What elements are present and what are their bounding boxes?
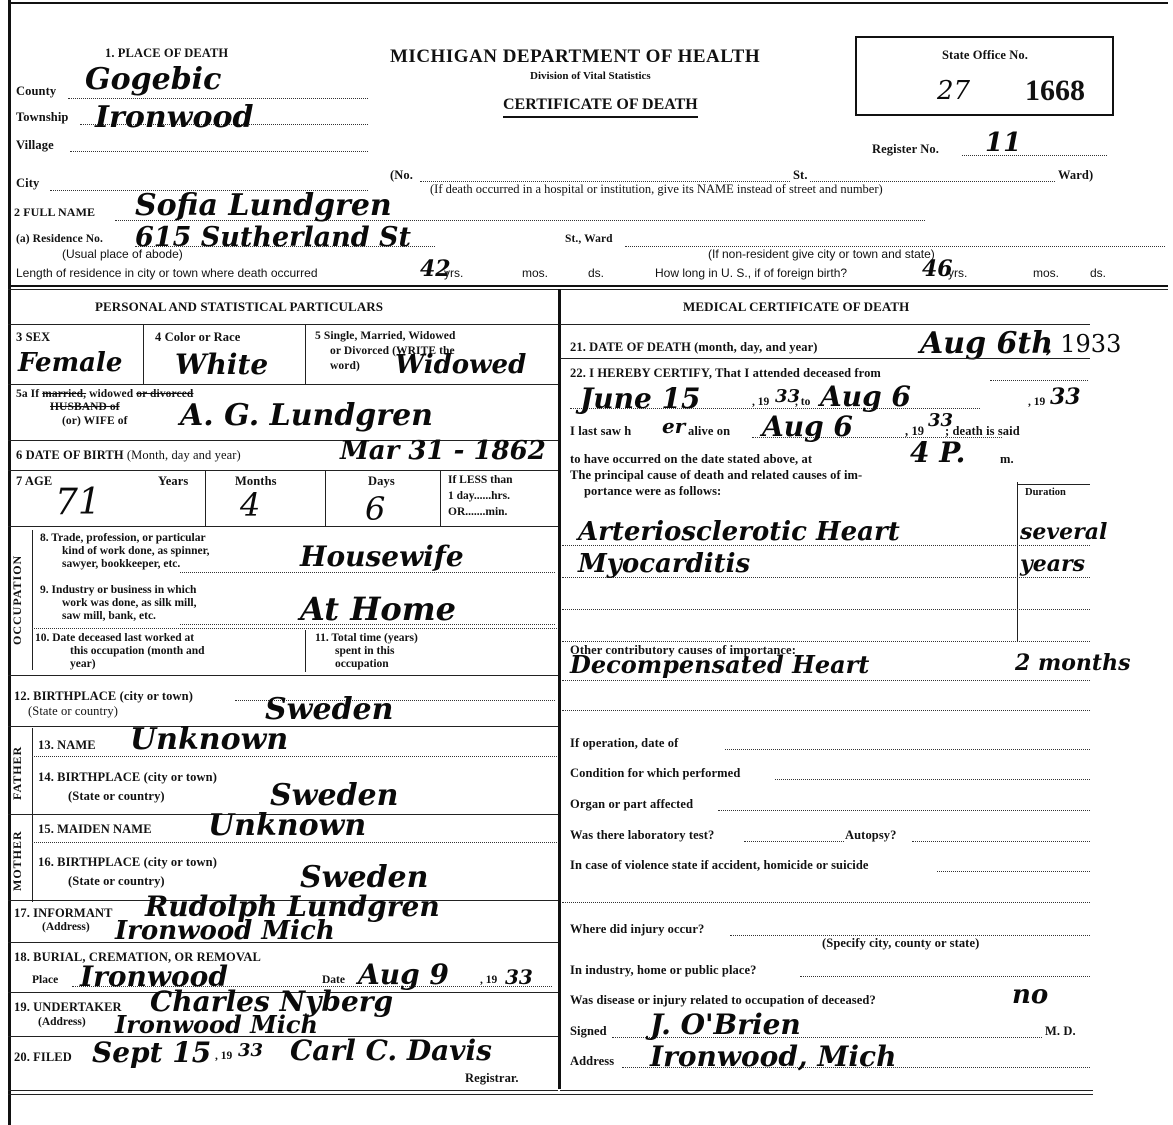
- filed-label: 20. FILED: [14, 1050, 72, 1065]
- village-label: Village: [16, 138, 54, 153]
- last-worked-label: 10. Date deceased last worked at: [35, 632, 194, 644]
- place-of-death-heading: 1. PLACE OF DEATH: [105, 46, 228, 61]
- last-saw-pronoun: er: [662, 414, 685, 438]
- cause-duration: years: [1020, 551, 1085, 577]
- undertaker-address: Ironwood Mich: [115, 1010, 318, 1039]
- age-days-value: 6: [365, 490, 385, 528]
- undertaker-label: 19. UNDERTAKER: [14, 1000, 122, 1015]
- signed-label: Signed: [570, 1024, 607, 1039]
- total-time-label: 11. Total time (years): [315, 632, 418, 644]
- state-office-label: State Office No.: [942, 48, 1028, 63]
- violence-label: In case of violence state if accident, h…: [570, 858, 869, 873]
- father-birthplace-label: 14. BIRTHPLACE (city or town): [38, 770, 217, 785]
- township-label: Township: [16, 110, 68, 125]
- informant-label: 17. INFORMANT: [14, 906, 113, 921]
- hospital-note: (If death occurred in a hospital or inst…: [430, 182, 883, 197]
- top-border: [8, 2, 1168, 4]
- mother-side-label: MOTHER: [10, 822, 25, 900]
- date-of-death-value: Aug 6th: [920, 326, 1053, 361]
- occupation-related-value: no: [1012, 980, 1048, 1010]
- industry-value: At Home: [300, 590, 456, 628]
- cause-intro: The principal cause of death and related…: [570, 468, 862, 483]
- division-title: Division of Vital Statistics: [530, 70, 651, 82]
- residence-label: (a) Residence No.: [16, 233, 103, 245]
- certify-label: 22. I HEREBY CERTIFY, That I attended de…: [570, 366, 881, 381]
- father-name-label: 13. NAME: [38, 738, 96, 753]
- occupation-related-label: Was disease or injury related to occupat…: [570, 993, 876, 1008]
- race-value: White: [175, 348, 268, 381]
- dob-value: Mar 31 - 1862: [340, 436, 546, 466]
- county-value: Gogebic: [85, 62, 221, 97]
- contributory-duration: 2 months: [1015, 650, 1130, 676]
- mother-birthplace-label: 16. BIRTHPLACE (city or town): [38, 855, 217, 870]
- cause-of-death: Arteriosclerotic Heart: [578, 517, 900, 547]
- age-label: 7 AGE: [16, 474, 52, 489]
- city-label: City: [16, 176, 39, 191]
- registrar-signature: Carl C. Davis: [290, 1034, 492, 1067]
- marital-value: Widowed: [395, 350, 526, 380]
- time-of-death-value: 4 P.: [910, 436, 965, 469]
- spouse-value: A. G. Lundgren: [180, 398, 433, 433]
- register-value: 11: [985, 128, 1021, 158]
- sex-label: 3 SEX: [16, 330, 50, 345]
- nonresident-note: (If non-resident give city or town and s…: [708, 247, 935, 261]
- medical-heading: MEDICAL CERTIFICATE OF DEATH: [683, 299, 909, 315]
- mother-name-label: 15. MAIDEN NAME: [38, 822, 152, 837]
- organ-label: Organ or part affected: [570, 797, 693, 812]
- us-residence-label: How long in U. S., if of foreign birth?: [655, 266, 847, 280]
- injury-location-label: Where did injury occur?: [570, 922, 704, 937]
- dob-label: 6 DATE OF BIRTH (Month, day and year): [16, 448, 241, 463]
- cause-of-death: Myocarditis: [578, 549, 750, 579]
- full-name-label: 2 FULL NAME: [14, 205, 95, 220]
- date-of-death-year: , 1933: [1045, 330, 1121, 358]
- condition-label: Condition for which performed: [570, 766, 740, 781]
- age-months-value: 4: [240, 486, 260, 524]
- street-label: St.: [793, 168, 808, 183]
- marital-label: 5 Single, Married, Widowed: [315, 330, 456, 342]
- street-number-label: (No.: [390, 168, 413, 183]
- date-of-death-label: 21. DATE OF DEATH (month, day, and year): [570, 340, 818, 355]
- father-side-label: FATHER: [10, 735, 25, 810]
- attended-from-value: June 15: [580, 382, 701, 415]
- personal-heading: PERSONAL AND STATISTICAL PARTICULARS: [95, 299, 383, 315]
- physician-address-value: Ironwood, Mich: [650, 1040, 896, 1073]
- length-residence-label: Length of residence in city or town wher…: [16, 266, 318, 280]
- state-office-box: State Office No. 27 1668: [855, 36, 1114, 116]
- full-name-value: Sofia Lundgren: [135, 188, 392, 223]
- trade-value: Housewife: [300, 540, 464, 573]
- registrar-label: Registrar.: [465, 1071, 519, 1086]
- state-office-prefix: 27: [937, 76, 970, 106]
- burial-year-value: 33: [505, 965, 533, 989]
- ward-label: Ward): [1058, 168, 1093, 183]
- register-label: Register No.: [872, 142, 939, 157]
- state-office-number: 1668: [1025, 74, 1085, 108]
- spouse-label: 5a If married, widowed or divorced: [16, 388, 193, 400]
- duration-label: Duration: [1025, 487, 1066, 498]
- operation-label: If operation, date of: [570, 736, 678, 751]
- occupation-side-label: OCCUPATION: [10, 540, 25, 660]
- father-name-value: Unknown: [130, 722, 288, 757]
- county-label: County: [16, 84, 56, 99]
- race-label: 4 Color or Race: [155, 330, 240, 345]
- filed-year-value: 33: [238, 1040, 263, 1061]
- sex-value: Female: [18, 348, 122, 378]
- filed-date-value: Sept 15: [92, 1036, 211, 1069]
- document-title: MICHIGAN DEPARTMENT OF HEALTH: [390, 46, 760, 68]
- lab-test-label: Was there laboratory test?: [570, 828, 714, 843]
- trade-label: 8. Trade, profession, or particular: [40, 532, 206, 544]
- autopsy-label: Autopsy?: [845, 828, 897, 843]
- industry-label: 9. Industry or business in which: [40, 584, 196, 596]
- section-divider: [8, 285, 1168, 287]
- township-value: Ironwood: [95, 100, 253, 135]
- contributory-value: Decompensated Heart: [570, 650, 869, 679]
- abode-note: (Usual place of abode): [62, 247, 183, 261]
- attended-to-value: Aug 6: [820, 380, 911, 413]
- mother-name-value: Unknown: [208, 808, 366, 843]
- age-years-value: 71: [55, 482, 101, 523]
- physician-signature: J. O'Brien: [650, 1008, 801, 1041]
- birthplace-label: 12. BIRTHPLACE (city or town): [14, 689, 193, 704]
- physician-address-label: Address: [570, 1054, 614, 1069]
- certificate-title: CERTIFICATE OF DEATH: [503, 96, 698, 118]
- st-ward-label: St., Ward: [565, 233, 613, 245]
- center-divider: [558, 289, 561, 1089]
- attended-to-year: 33: [1050, 384, 1081, 410]
- industry-place-label: In industry, home or public place?: [570, 963, 757, 978]
- alive-on-value: Aug 6: [762, 410, 853, 443]
- cause-duration: several: [1020, 519, 1107, 545]
- occurred-label: to have occurred on the date stated abov…: [570, 452, 812, 467]
